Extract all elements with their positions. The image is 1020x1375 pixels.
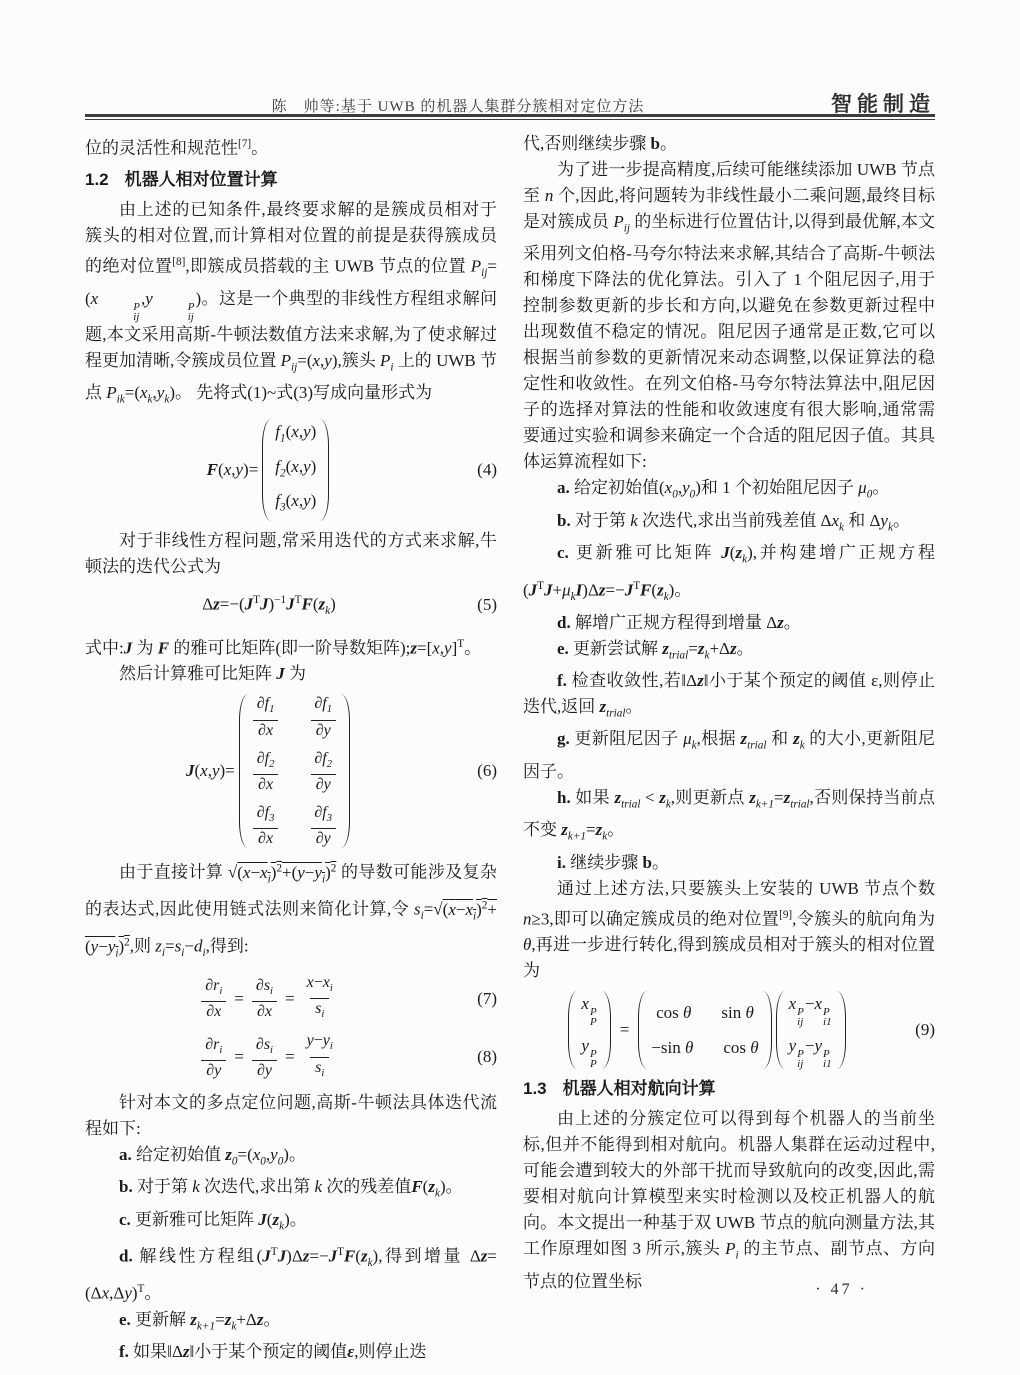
equation-lhs: F(x,y)= (207, 457, 259, 483)
equation-number: (4) (453, 457, 497, 483)
fraction: ∂f1∂y (309, 694, 337, 739)
fraction: y−yisi (302, 1031, 338, 1082)
equals-sign: = (227, 986, 251, 1012)
denominator: ∂x (253, 720, 278, 740)
paragraph: 由于直接计算 √(x−xi)2+(y−yi)2 的导数可能涉及复杂的表达式,因此… (85, 855, 497, 966)
list-item-step-c: c. 更新雅可比矩阵 J(zk),并构建增广正规方程(JTJ+μkI)Δz=−J… (523, 540, 935, 609)
list-item-step-b: b. 对于第 k 次迭代,求出当前残差值 Δxk 和 Δyk。 (523, 508, 935, 540)
column-vector: xPP yPP (581, 991, 597, 1069)
section-number: 1.3 (523, 1076, 547, 1102)
equals-sign: = (278, 986, 302, 1012)
denominator: si (310, 998, 329, 1024)
fraction: x−xisi (302, 973, 338, 1024)
equation-7: ∂ri∂x = ∂si∂x = x−xisi (7) (85, 973, 497, 1024)
numerator: ∂ri (200, 976, 227, 1001)
denominator: ∂y (311, 720, 336, 740)
numerator: ∂f3 (309, 803, 337, 828)
paragraph: 代,否则继续步骤 b。 (523, 131, 935, 157)
column-vector: f1(x,y) f2(x,y) f3(x,y) (275, 419, 316, 520)
paren-left (239, 694, 249, 848)
list-item-step-e: e. 更新解 zk+1=zk+Δz。 (85, 1307, 497, 1339)
vector-row: yPij−yPi1 (789, 1033, 833, 1069)
equation-6: J(x,y)= ∂f1∂x ∂f1∂y ∂f2∂x ∂f2∂y ∂f3∂x (85, 694, 497, 848)
fraction: ∂f2∂y (309, 749, 337, 794)
list-item-step-f: f. 检查收敛性,若‖Δz‖小于某个预定的阈值 ε,则停止迭代,返回 ztria… (523, 668, 935, 726)
equation-number: (6) (453, 758, 497, 784)
denominator: ∂x (253, 828, 278, 848)
numerator: ∂f1 (252, 694, 280, 719)
fraction: ∂si∂y (251, 1035, 278, 1080)
list-item-step-a: a. 给定初始值(x0,y0)和 1 个初始阻尼因子 μ0。 (523, 475, 935, 507)
rotation-matrix: cos θ sin θ −sin θ cos θ (651, 1000, 758, 1061)
section-number: 1.2 (85, 167, 109, 193)
equation-body: J(x,y)= ∂f1∂x ∂f1∂y ∂f2∂x ∂f2∂y ∂f3∂x (85, 694, 453, 848)
running-title: 陈 帅等:基于 UWB 的机器人集群分簇相对定位方法 (85, 95, 831, 116)
numerator: ∂f3 (252, 803, 280, 828)
page-number: · 47 · (815, 1281, 868, 1299)
equals-sign: = (613, 1017, 637, 1043)
fraction: ∂ri∂x (200, 976, 227, 1021)
section-title: 机器人相对航向计算 (563, 1076, 716, 1102)
vector-row: f2(x,y) (275, 454, 316, 486)
equation-body: F(x,y)= f1(x,y) f2(x,y) f3(x,y) (85, 419, 453, 520)
numerator: ∂si (251, 1035, 278, 1060)
equation-number: (7) (453, 986, 497, 1012)
fraction: ∂f3∂x (252, 803, 280, 848)
vector-row: xPP (581, 991, 597, 1027)
matrix-row: cos θ sin θ (651, 1000, 758, 1026)
fraction: ∂f3∂y (309, 803, 337, 848)
denominator: ∂x (253, 774, 278, 794)
paren-left (776, 991, 786, 1069)
vector-row: yPP (581, 1033, 597, 1069)
column-vector: xPij−xPi1 yPij−yPi1 (789, 991, 833, 1069)
paren-left (638, 991, 648, 1069)
list-item-step-f: f. 如果‖Δz‖小于某个预定的阈值ε,则停止迭 (85, 1339, 497, 1365)
paren-right (340, 694, 350, 848)
fraction: ∂f1∂x (252, 694, 280, 739)
equation-9: xPP yPP = cos θ sin θ −sin θ cos θ (523, 991, 935, 1069)
denominator: ∂y (311, 774, 336, 794)
denominator: si (310, 1057, 329, 1083)
paren-right (601, 991, 611, 1069)
numerator: x−xi (302, 973, 338, 998)
list-item-step-d: d. 解增广正规方程得到增量 Δz。 (523, 610, 935, 636)
vector-row: xPij−xPi1 (789, 991, 833, 1027)
left-column: 位的灵活性和规范性[7]。 1.2 机器人相对位置计算 由上述的已知条件,最终要… (85, 131, 497, 1365)
equation-4: F(x,y)= f1(x,y) f2(x,y) f3(x,y) (4) (85, 419, 497, 520)
two-column-body: 位的灵活性和规范性[7]。 1.2 机器人相对位置计算 由上述的已知条件,最终要… (85, 131, 935, 1365)
equation-lhs: J(x,y)= (186, 758, 235, 784)
numerator: y−yi (302, 1031, 338, 1056)
equals-sign: = (227, 1044, 251, 1070)
denominator: ∂x (252, 1001, 277, 1021)
list-item-step-c: c. 更新雅可比矩阵 J(zk)。 (85, 1207, 497, 1239)
right-column: 代,否则继续步骤 b。 为了进一步提高精度,后续可能继续添加 UWB 节点至 n… (523, 131, 935, 1365)
equation-expression: Δz=−(JTJ)−1JTF(zk) (202, 587, 336, 624)
paren-left (262, 419, 272, 520)
equation-body: ∂ri∂x = ∂si∂x = x−xisi (85, 973, 453, 1024)
paragraph: 针对本文的多点定位问题,高斯-牛顿法具体迭代流程如下: (85, 1090, 497, 1142)
list-item-step-b: b. 对于第 k 次迭代,求出第 k 次的残差值F(zk)。 (85, 1174, 497, 1206)
paren-left (568, 991, 578, 1069)
paragraph: 对于非线性方程问题,常采用迭代的方式来求解,牛顿法的迭代公式为 (85, 528, 497, 580)
equation-5: Δz=−(JTJ)−1JTF(zk) (5) (85, 587, 497, 624)
fraction: ∂f2∂x (252, 749, 280, 794)
paragraph: 通过上述方法,只要簇头上安装的 UWB 节点个数 n≥3,即可以确定簇成员的绝对… (523, 876, 935, 985)
matrix-cell: cos θ (656, 1000, 691, 1026)
matrix-cell: sin θ (721, 1000, 753, 1026)
vector-row: f3(x,y) (275, 488, 316, 520)
denominator: ∂x (201, 1001, 226, 1021)
numerator: ∂ri (200, 1035, 227, 1060)
paragraph: 为了进一步提高精度,后续可能继续添加 UWB 节点至 n 个,因此,将问题转为非… (523, 157, 935, 475)
denominator: ∂y (311, 828, 336, 848)
paragraph: 由上述的分簇定位可以得到每个机器人的当前坐标,但并不能得到相对航向。机器人集群在… (523, 1106, 935, 1294)
matrix-row: −sin θ cos θ (651, 1035, 758, 1061)
denominator: ∂y (252, 1060, 277, 1080)
list-item-step-d: d. 解线性方程组(JTJ)Δz=−JTF(zk),得到增量 Δz=(Δx,Δy… (85, 1239, 497, 1307)
paren-right (319, 419, 329, 520)
numerator: ∂f1 (309, 694, 337, 719)
equation-body: xPP yPP = cos θ sin θ −sin θ cos θ (523, 991, 891, 1069)
section-title: 机器人相对位置计算 (125, 167, 278, 193)
matrix-row: ∂f1∂x ∂f1∂y (252, 694, 337, 739)
paren-right (762, 991, 772, 1069)
list-item-step-i: i. 继续步骤 b。 (523, 850, 935, 876)
header-rule (85, 114, 935, 120)
paragraph: 由上述的已知条件,最终要求解的是簇成员相对于簇头的相对位置,而计算相对位置的前提… (85, 197, 497, 413)
list-item-step-a: a. 给定初始值 z0=(x0,y0)。 (85, 1142, 497, 1174)
fraction: ∂si∂x (251, 976, 278, 1021)
equation-number: (9) (891, 1017, 935, 1043)
equals-sign: = (278, 1044, 302, 1070)
section-heading-1-2: 1.2 机器人相对位置计算 (85, 167, 497, 193)
equation-body: ∂ri∂y = ∂si∂y = y−yisi (85, 1031, 453, 1082)
vector-row: f1(x,y) (275, 419, 316, 451)
matrix-cell: cos θ (723, 1035, 758, 1061)
equation-8: ∂ri∂y = ∂si∂y = y−yisi (8) (85, 1031, 497, 1082)
jacobian-matrix: ∂f1∂x ∂f1∂y ∂f2∂x ∂f2∂y ∂f3∂x ∂f3∂y (252, 694, 337, 848)
fraction: ∂ri∂y (200, 1035, 227, 1080)
list-item-step-g: g. 更新阻尼因子 μk,根据 ztrial 和 zk 的大小,更新阻尼因子。 (523, 726, 935, 784)
section-heading-1-3: 1.3 机器人相对航向计算 (523, 1076, 935, 1102)
matrix-cell: −sin θ (651, 1035, 693, 1061)
paragraph: 式中:J 为 F 的雅可比矩阵(即一阶导数矩阵);z=[x,y]T。 (85, 631, 497, 662)
numerator: ∂f2 (252, 749, 280, 774)
paren-right (836, 991, 846, 1069)
equation-body: Δz=−(JTJ)−1JTF(zk) (85, 587, 453, 624)
paragraph: 然后计算雅可比矩阵 J 为 (85, 661, 497, 687)
matrix-row: ∂f2∂x ∂f2∂y (252, 749, 337, 794)
paragraph: 位的灵活性和规范性[7]。 (85, 131, 497, 162)
numerator: ∂f2 (309, 749, 337, 774)
denominator: ∂y (201, 1060, 226, 1080)
equation-number: (8) (453, 1044, 497, 1070)
numerator: ∂si (251, 976, 278, 1001)
list-item-step-e: e. 更新尝试解 ztrial=zk+Δz。 (523, 636, 935, 668)
paper-page: 陈 帅等:基于 UWB 的机器人集群分簇相对定位方法 智能制造 位的灵活性和规范… (0, 0, 1020, 1375)
equation-number: (5) (453, 592, 497, 618)
matrix-row: ∂f3∂x ∂f3∂y (252, 803, 337, 848)
list-item-step-h: h. 如果 ztrial < zk,则更新点 zk+1=ztrial,否则保持当… (523, 785, 935, 850)
